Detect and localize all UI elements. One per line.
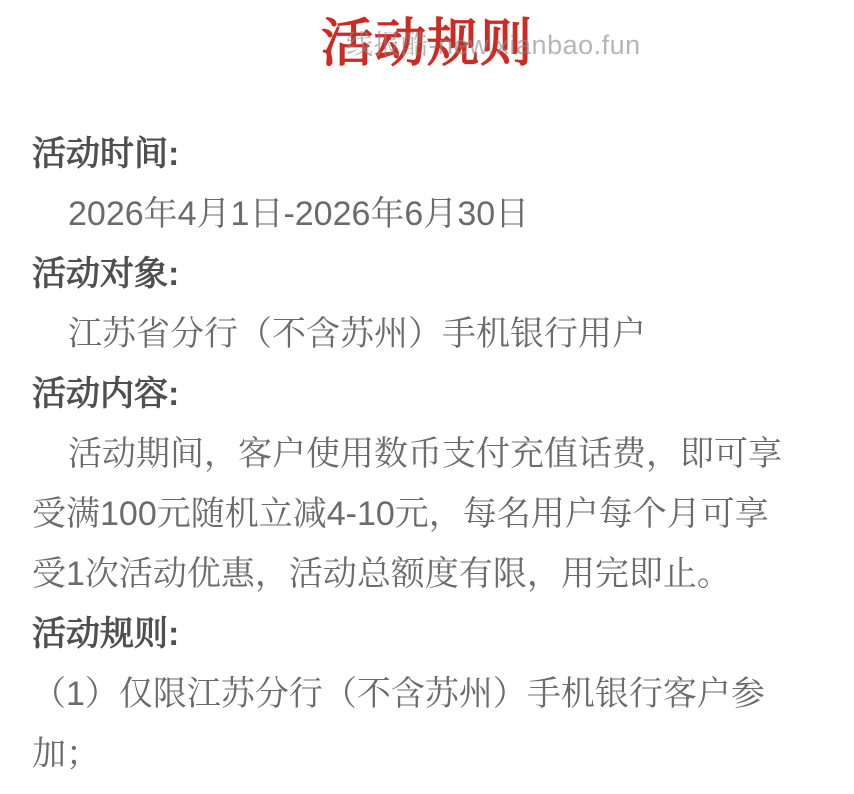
rules-document: 活动规则 线报酷-new.xianbao.fun 活动时间: 2026年4月1日…: [0, 0, 854, 794]
line-rule-1a: （1）仅限江苏分行（不含苏州）手机银行客户参: [32, 664, 832, 724]
document-body: 活动时间: 2026年4月1日-2026年6月30日 活动对象: 江苏省分行（不…: [32, 124, 832, 784]
line-activity-dates: 2026年4月1日-2026年6月30日: [32, 184, 832, 244]
heading-activity-target: 活动对象:: [32, 244, 832, 304]
heading-activity-rules: 活动规则:: [32, 604, 832, 664]
title-row: 活动规则 线报酷-new.xianbao.fun: [0, 8, 854, 88]
line-rule-1b: 加；: [32, 724, 832, 784]
line-content-1: 活动期间，客户使用数币支付充值话费，即可享: [32, 424, 832, 484]
watermark-text: 线报酷-new.xianbao.fun: [346, 30, 641, 60]
heading-activity-time: 活动时间:: [32, 124, 832, 184]
line-content-3: 受1次活动优惠，活动总额度有限，用完即止。: [32, 544, 832, 604]
heading-activity-content: 活动内容:: [32, 364, 832, 424]
line-activity-target: 江苏省分行（不含苏州）手机银行用户: [32, 304, 832, 364]
line-content-2: 受满100元随机立减4-10元，每名用户每个月可享: [32, 484, 832, 544]
